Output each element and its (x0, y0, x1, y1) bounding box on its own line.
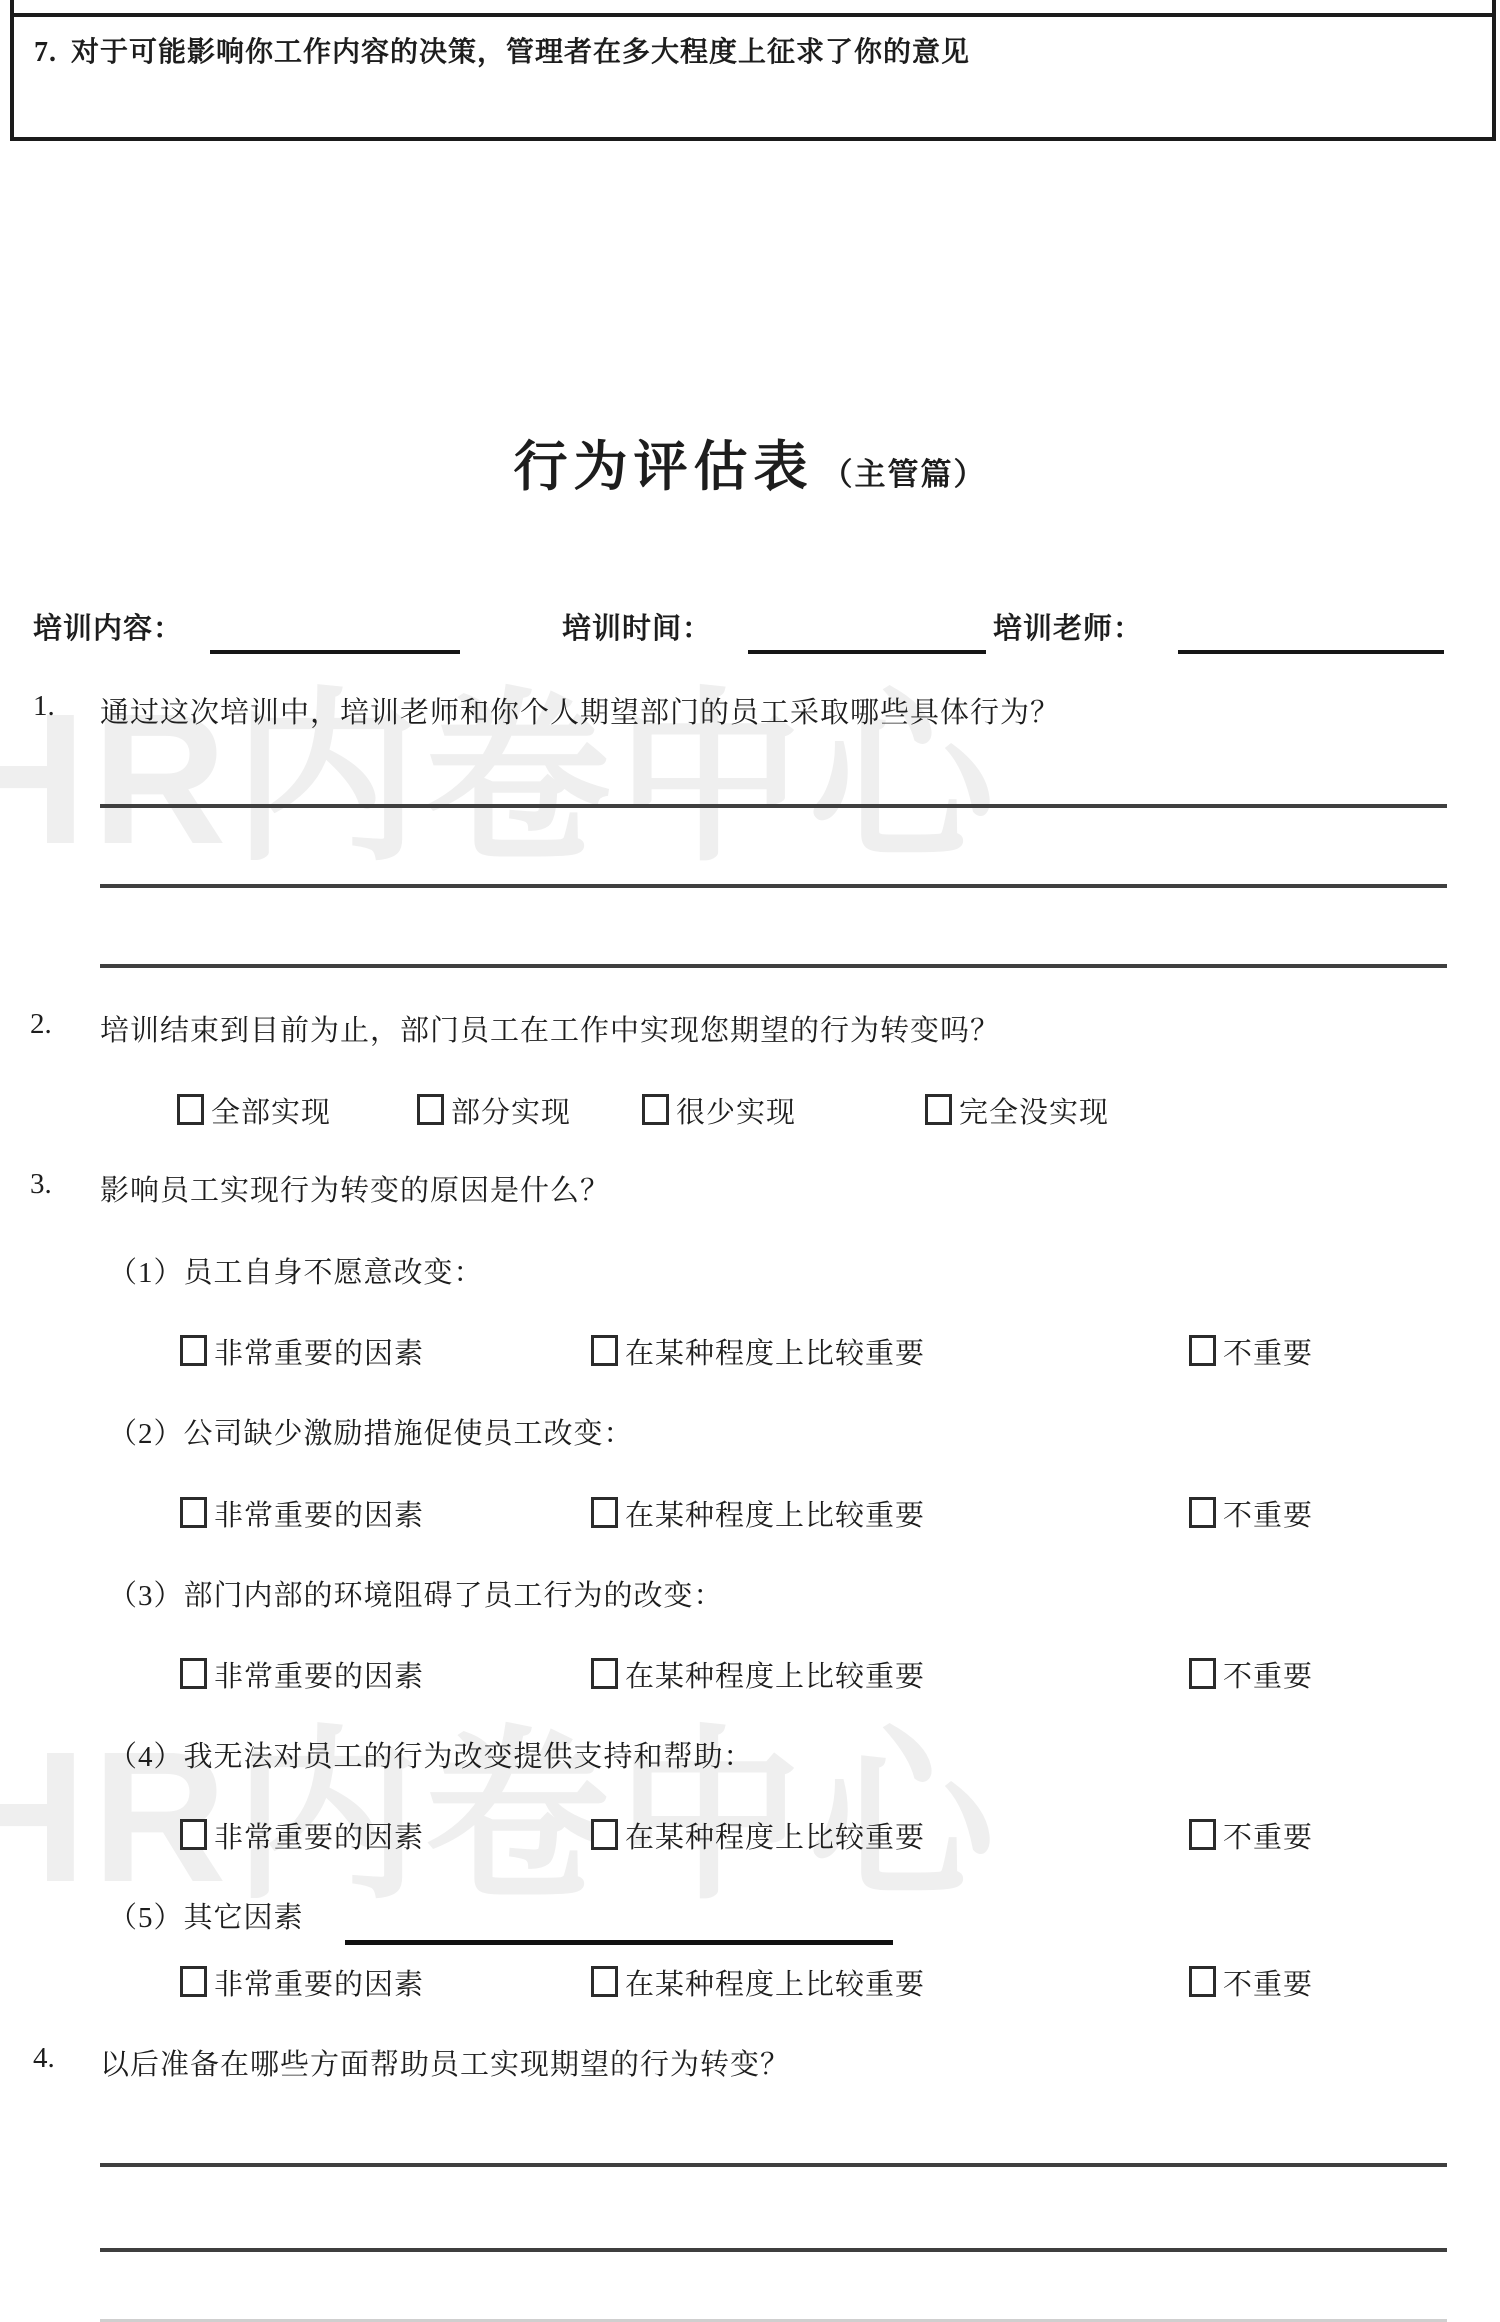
option-label: 不重要 (1223, 1500, 1313, 1532)
sub-item-text: 员工自身不愿意改变： (184, 1257, 484, 1289)
sub-item-3: （3）部门内部的环境阻碍了员工行为的改变： (108, 1573, 724, 1614)
question-4-text: 以后准备在哪些方面帮助员工实现期望的行为转变？ (100, 2042, 790, 2083)
form-title-suffix: （主管篇） (822, 457, 987, 492)
importance-option-not-important[interactable]: 不重要 (1189, 1654, 1313, 1695)
training-time-label: 培训时间： (562, 606, 712, 647)
watermark: HR内卷中心 (0, 630, 1001, 897)
option-label: 在某种程度上比较重要 (625, 1338, 925, 1370)
question-2-text: 培训结束到目前为止，部门员工在工作中实现您期望的行为转变吗？ (100, 1008, 1000, 1049)
option-label: 部分实现 (451, 1097, 571, 1129)
checkbox-icon[interactable] (177, 1094, 204, 1125)
option-label: 非常重要的因素 (214, 1822, 424, 1854)
sub-item-2: （2）公司缺少激励措施促使员工改变： (108, 1411, 634, 1452)
checkbox-icon[interactable] (1189, 1335, 1216, 1366)
checkbox-icon[interactable] (180, 1335, 207, 1366)
importance-option-not-important[interactable]: 不重要 (1189, 1962, 1313, 2003)
option-label: 不重要 (1223, 1661, 1313, 1693)
importance-option-somewhat-important[interactable]: 在某种程度上比较重要 (591, 1962, 925, 2003)
option-label: 非常重要的因素 (214, 1661, 424, 1693)
checkbox-icon[interactable] (642, 1094, 669, 1125)
option-label: 很少实现 (676, 1097, 796, 1129)
sub-item-label: （4） (108, 1741, 184, 1773)
importance-option-not-important[interactable]: 不重要 (1189, 1493, 1313, 1534)
checkbox-icon[interactable] (591, 1497, 618, 1528)
answer-line[interactable] (100, 804, 1447, 808)
checkbox-icon[interactable] (1189, 1966, 1216, 1997)
importance-option-very-important[interactable]: 非常重要的因素 (180, 1654, 424, 1695)
checkbox-icon[interactable] (591, 1335, 618, 1366)
checkbox-icon[interactable] (180, 1819, 207, 1850)
checkbox-icon[interactable] (591, 1966, 618, 1997)
sub-item-label: （3） (108, 1580, 184, 1612)
answer-line[interactable] (100, 2163, 1447, 2167)
question-7-number: 7. (34, 37, 57, 68)
option-label: 非常重要的因素 (214, 1338, 424, 1370)
option-label: 在某种程度上比较重要 (625, 1661, 925, 1693)
checkbox-icon[interactable] (180, 1497, 207, 1528)
option-rarely-realized[interactable]: 很少实现 (642, 1090, 796, 1131)
sub-item-label: （5） (108, 1902, 184, 1934)
question-3-text: 影响员工实现行为转变的原因是什么？ (100, 1168, 610, 1209)
importance-option-not-important[interactable]: 不重要 (1189, 1815, 1313, 1856)
training-content-blank[interactable] (210, 650, 460, 654)
option-label: 完全没实现 (959, 1097, 1109, 1129)
question-3-number: 3. (30, 1168, 52, 1201)
importance-option-very-important[interactable]: 非常重要的因素 (180, 1493, 424, 1534)
checkbox-icon[interactable] (417, 1094, 444, 1125)
question-7-text-row: 7.对于可能影响你工作内容的决策，管理者在多大程度上征求了你的意见 (34, 30, 970, 70)
option-label: 在某种程度上比较重要 (625, 1500, 925, 1532)
question-1-text: 通过这次培训中，培训老师和你个人期望部门的员工采取哪些具体行为？ (100, 690, 1060, 731)
form-title-main: 行为评估表 (514, 437, 814, 497)
importance-option-somewhat-important[interactable]: 在某种程度上比较重要 (591, 1331, 925, 1372)
checkbox-icon[interactable] (591, 1658, 618, 1689)
sub-item-label: （2） (108, 1418, 184, 1450)
option-label: 全部实现 (211, 1097, 331, 1129)
option-all-realized[interactable]: 全部实现 (177, 1090, 331, 1131)
option-label: 不重要 (1223, 1969, 1313, 2001)
option-label: 不重要 (1223, 1338, 1313, 1370)
importance-option-somewhat-important[interactable]: 在某种程度上比较重要 (591, 1493, 925, 1534)
sub-item-1: （1）员工自身不愿意改变： (108, 1250, 484, 1291)
sub-item-text: 部门内部的环境阻碍了员工行为的改变： (184, 1580, 724, 1612)
row-divider (10, 13, 1496, 17)
option-label: 不重要 (1223, 1822, 1313, 1854)
other-factor-blank[interactable] (345, 1940, 893, 1945)
sub-item-text: 公司缺少激励措施促使员工改变： (184, 1418, 634, 1450)
training-content-label: 培训内容： (33, 606, 183, 647)
option-label: 非常重要的因素 (214, 1969, 424, 2001)
sub-item-4: （4）我无法对员工的行为改变提供支持和帮助： (108, 1734, 754, 1775)
option-label: 非常重要的因素 (214, 1500, 424, 1532)
option-not-realized[interactable]: 完全没实现 (925, 1090, 1109, 1131)
sub-item-label: （1） (108, 1257, 184, 1289)
checkbox-icon[interactable] (1189, 1497, 1216, 1528)
answer-line[interactable] (100, 2248, 1447, 2252)
training-teacher-blank[interactable] (1178, 650, 1444, 654)
checkbox-icon[interactable] (1189, 1658, 1216, 1689)
question-7-box: 7.对于可能影响你工作内容的决策，管理者在多大程度上征求了你的意见 (10, 0, 1496, 141)
importance-option-not-important[interactable]: 不重要 (1189, 1331, 1313, 1372)
importance-option-somewhat-important[interactable]: 在某种程度上比较重要 (591, 1654, 925, 1695)
option-partially-realized[interactable]: 部分实现 (417, 1090, 571, 1131)
answer-line[interactable] (100, 964, 1447, 968)
checkbox-icon[interactable] (591, 1819, 618, 1850)
importance-option-very-important[interactable]: 非常重要的因素 (180, 1962, 424, 2003)
form-title: 行为评估表（主管篇） (0, 424, 1500, 501)
question-4-number: 4. (33, 2042, 55, 2075)
question-1-number: 1. (33, 690, 55, 723)
option-label: 在某种程度上比较重要 (625, 1969, 925, 2001)
checkbox-icon[interactable] (1189, 1819, 1216, 1850)
sub-item-text: 我无法对员工的行为改变提供支持和帮助： (184, 1741, 754, 1773)
option-label: 在某种程度上比较重要 (625, 1822, 925, 1854)
checkbox-icon[interactable] (925, 1094, 952, 1125)
training-teacher-label: 培训老师： (993, 606, 1143, 647)
checkbox-icon[interactable] (180, 1966, 207, 1997)
question-7-text: 对于可能影响你工作内容的决策，管理者在多大程度上征求了你的意见 (71, 37, 970, 68)
sub-item-text: 其它因素 (184, 1902, 304, 1934)
training-time-blank[interactable] (748, 650, 986, 654)
answer-line[interactable] (100, 884, 1447, 888)
importance-option-very-important[interactable]: 非常重要的因素 (180, 1815, 424, 1856)
importance-option-somewhat-important[interactable]: 在某种程度上比较重要 (591, 1815, 925, 1856)
importance-option-very-important[interactable]: 非常重要的因素 (180, 1331, 424, 1372)
sub-item-5: （5）其它因素 (108, 1895, 304, 1936)
checkbox-icon[interactable] (180, 1658, 207, 1689)
question-2-number: 2. (30, 1008, 52, 1041)
